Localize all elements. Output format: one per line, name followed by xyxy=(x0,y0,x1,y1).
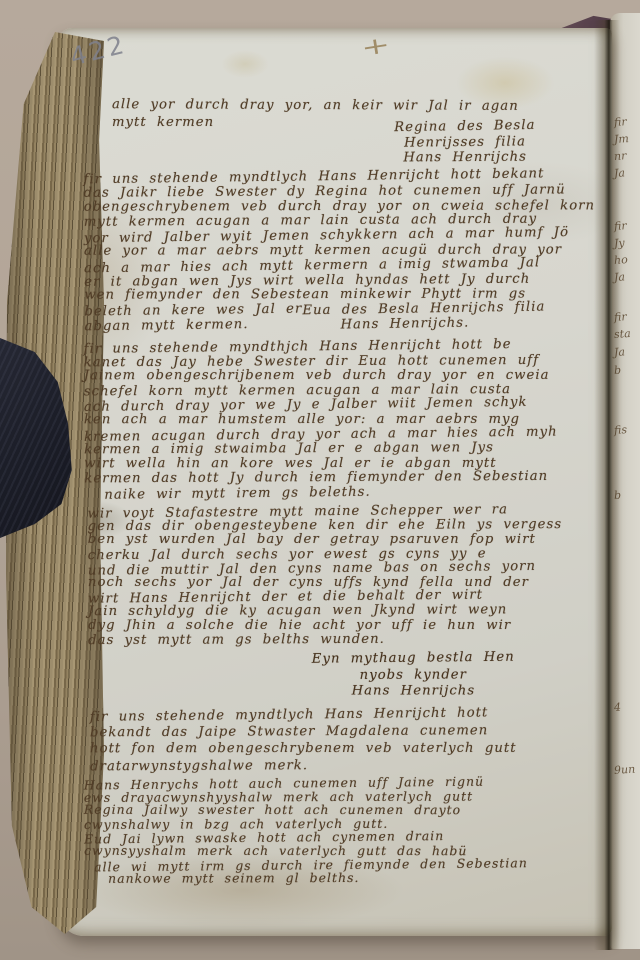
manuscript-line: Hans Henrijchs xyxy=(330,149,600,166)
entry-inheritance: Hans Henrychs hott auch cunemen uff Jain… xyxy=(84,775,594,886)
manuscript-line: wirt wella hin an kore wes Jal er ie abg… xyxy=(84,457,589,472)
manuscript-line: Hans Henrijchs xyxy=(293,684,533,701)
manuscript-line: abgan mytt kermen. xyxy=(84,318,248,335)
entry-lines: wir voyt Stafastestre mytt maine Scheppe… xyxy=(88,504,594,648)
manuscript-line: dratarwynstygshalwe merk. xyxy=(90,756,595,776)
entry-lines: Hans Henrychs hott auch cunemen uff Jain… xyxy=(84,775,594,886)
cross-mark: + xyxy=(359,32,392,62)
header-line-2: mytt kermen xyxy=(112,115,214,130)
manuscript-line: Regina Jailwy swester hott ach cunemen d… xyxy=(84,803,594,817)
manuscript-line: hott fon dem obengeschrybenem veb vaterl… xyxy=(90,740,595,757)
manuscript-line: Hans Henrijchs. xyxy=(341,316,470,333)
manuscript-line: obengeschrybenem veb durch dray yor on c… xyxy=(84,199,589,215)
photo-stage: fir Jm nr Ja fir Jy ho Ja fir sta Ja b f… xyxy=(0,0,640,960)
manuscript-line: ben yst wurden Jal bay der getray psaruv… xyxy=(88,533,593,547)
entry-lines: fir uns stehende myndtlych Hans Henrijch… xyxy=(83,168,589,305)
manuscript-line: Jainem obengeschrijbenem veb durch dray … xyxy=(84,369,589,384)
entry-magdalena: fir uns stehende myndtlych Hans Henrijch… xyxy=(90,705,595,776)
entry-regina: fir uns stehende myndtlych Hans Henrijch… xyxy=(83,168,589,334)
entry-eua: fir uns stehende myndthjch Hans Henrijch… xyxy=(84,339,590,502)
header-line-1: alle yor durch dray yor, an keir wir Jal… xyxy=(112,97,519,114)
attribution-block: Regina des Besla Henrijsses filia Hans H… xyxy=(330,118,600,167)
manuscript-line: nyobs kynder xyxy=(293,667,533,685)
manuscript-line: dyg Jhin a solche die hie acht yor uff i… xyxy=(88,619,593,633)
manuscript-line: Eyn mythaug bestla Hen xyxy=(293,649,533,668)
entry-lines: fir uns stehende myndthjch Hans Henrijch… xyxy=(84,339,590,502)
manuscript-line: das yst mytt am gs belths wunden. xyxy=(88,632,593,648)
entry-lines: fir uns stehende myndtlych Hans Henrijch… xyxy=(90,705,595,776)
entry-guardians: wir voyt Stafastestre mytt maine Scheppe… xyxy=(88,504,594,702)
signature-block: Eyn mythaug bestla Hen nyobs kynder Hans… xyxy=(293,650,533,701)
